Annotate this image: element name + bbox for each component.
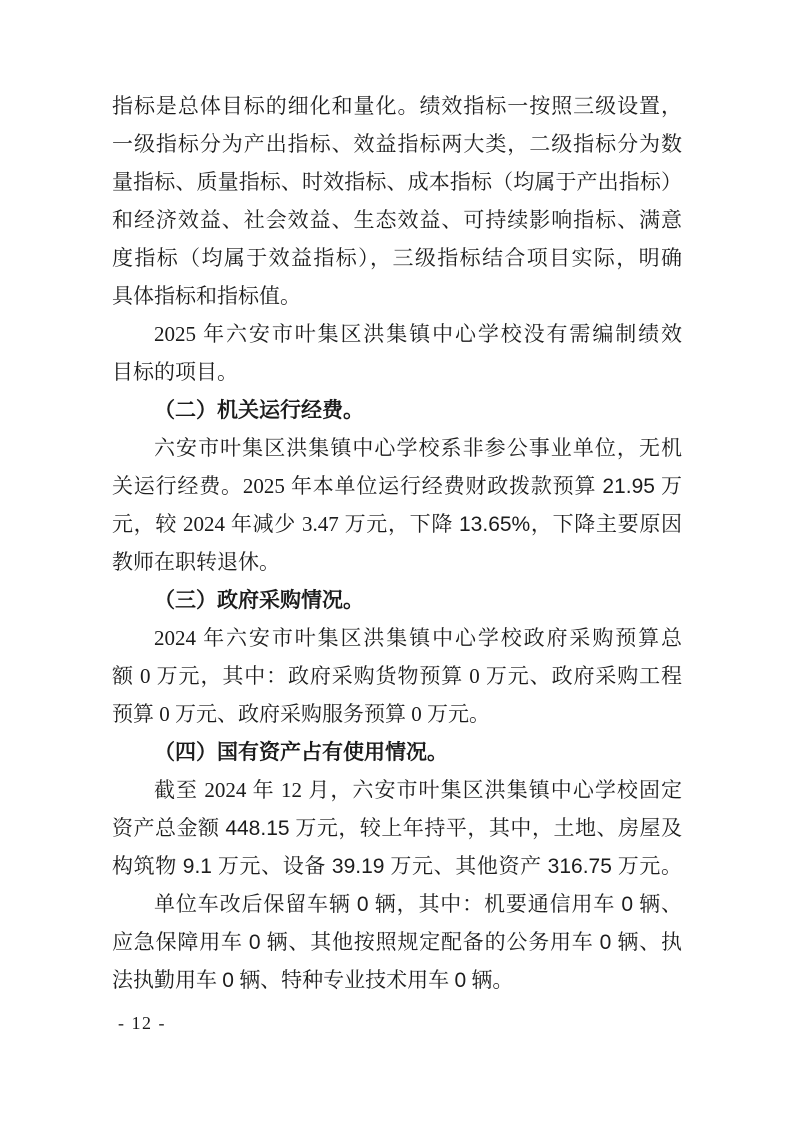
text-segment: 关运行经费。: [112, 474, 243, 498]
text-line: 构筑物 9.1 万元、设备 39.19 万元、其他资产 316.75 万元。: [112, 847, 682, 885]
text-line: 目标的项目。: [112, 353, 682, 391]
number-segment: 0: [140, 664, 151, 688]
text-line: 关运行经费。2025 年本单位运行经费财政拨款预算 21.95 万: [112, 467, 682, 505]
text-segment: 万元，较上年持平，其中，土地、房屋及: [290, 816, 682, 840]
text-segment: 度指标（均属于效益指标），三级指标结合项目实际，明确: [112, 246, 682, 270]
text-line: 额 0 万元，其中：政府采购货物预算 0 万元、政府采购工程: [112, 657, 682, 695]
text-segment: 额: [112, 664, 140, 688]
text-line: 2025 年六安市叶集区洪集镇中心学校没有需编制绩效: [112, 315, 682, 353]
number-segment: 0: [621, 893, 633, 916]
text-segment: 目标的项目。: [112, 360, 238, 384]
number-segment: 12: [281, 778, 302, 802]
text-segment: 万: [655, 474, 682, 498]
text-segment: 具体指标和指标值。: [112, 284, 301, 308]
text-segment: 应急保障用车: [112, 930, 249, 954]
number-segment: 0: [411, 702, 422, 726]
text-line: 一级指标分为产出指标、效益指标两大类，二级指标分为数: [112, 125, 682, 163]
text-segment: 万元。: [612, 854, 682, 878]
text-line: 度指标（均属于效益指标），三级指标结合项目实际，明确: [112, 239, 682, 277]
number-segment: 0: [222, 969, 234, 992]
number-segment: 39.19: [332, 855, 385, 878]
number-segment: 2024: [204, 778, 246, 802]
number-segment: 0: [454, 969, 466, 992]
text-segment: （二）机关运行经费。: [154, 398, 364, 422]
text-segment: 辆、执: [611, 930, 682, 954]
text-segment: 教师在职转退休。: [112, 550, 280, 574]
text-segment: 年减少: [225, 512, 302, 536]
text-line: 指标是总体目标的细化和量化。绩效指标一按照三级设置，: [112, 87, 682, 125]
text-segment: 万元、设备: [212, 854, 332, 878]
text-segment: 辆、: [633, 892, 682, 916]
number-segment: 2024: [183, 512, 225, 536]
text-segment: 辆。: [466, 968, 513, 992]
text-line: 预算 0 万元、政府采购服务预算 0 万元。: [112, 695, 682, 733]
text-segment: 元，较: [112, 512, 183, 536]
number-segment: 3.47: [302, 512, 339, 536]
text-segment: 月，六安市叶集区洪集镇中心学校固定: [302, 778, 682, 802]
text-line: 元，较 2024 年减少 3.47 万元，下降 13.65%，下降主要原因: [112, 505, 682, 543]
text-line: 资产总金额 448.15 万元，较上年持平，其中，土地、房屋及: [112, 809, 682, 847]
text-line: 截至 2024 年 12 月，六安市叶集区洪集镇中心学校固定: [112, 771, 682, 809]
number-segment: 448.15: [225, 817, 289, 840]
text-line: 法执勤用车 0 辆、特种专业技术用车 0 辆。: [112, 961, 682, 999]
text-line: 具体指标和指标值。: [112, 277, 682, 315]
text-segment: 万元，下降: [339, 512, 459, 536]
text-segment: 万元、其他资产: [384, 854, 547, 878]
document-body: 指标是总体目标的细化和量化。绩效指标一按照三级设置，一级指标分为产出指标、效益指…: [112, 87, 682, 999]
text-segment: 万元。: [422, 702, 490, 726]
text-segment: 截至: [154, 778, 204, 802]
text-line: 应急保障用车 0 辆、其他按照规定配备的公务用车 0 辆、执: [112, 923, 682, 961]
text-segment: （四）国有资产占有使用情况。: [154, 740, 448, 764]
text-segment: 年本单位运行经费财政拨款预算: [285, 474, 603, 498]
number-segment: 0: [469, 664, 480, 688]
text-line: 量指标、质量指标、时效指标、成本指标（均属于产出指标）: [112, 163, 682, 201]
number-segment: 0: [357, 893, 369, 916]
text-line: 六安市叶集区洪集镇中心学校系非参公事业单位，无机: [112, 429, 682, 467]
text-line: 2024 年六安市叶集区洪集镇中心学校政府采购预算总: [112, 619, 682, 657]
section-heading-line: （二）机关运行经费。: [112, 391, 682, 429]
document-page: 指标是总体目标的细化和量化。绩效指标一按照三级设置，一级指标分为产出指标、效益指…: [0, 0, 793, 1122]
number-segment: 13.65%: [459, 513, 530, 536]
text-line: 单位车改后保留车辆 0 辆，其中：机要通信用车 0 辆、: [112, 885, 682, 923]
text-segment: 辆，其中：机要通信用车: [369, 892, 622, 916]
text-segment: 万元，其中：政府采购货物预算: [151, 664, 470, 688]
text-segment: 年六安市叶集区洪集镇中心学校政府采购预算总: [196, 626, 682, 650]
text-segment: 和经济效益、社会效益、生态效益、可持续影响指标、满意: [112, 208, 682, 232]
page-number: - 12 -: [118, 1013, 166, 1034]
text-segment: 万元、政府采购工程: [480, 664, 682, 688]
text-segment: 量指标、质量指标、时效指标、成本指标（均属于产出指标）: [112, 170, 682, 194]
number-segment: 2025: [243, 474, 285, 498]
text-segment: 资产总金额: [112, 816, 225, 840]
number-segment: 2024: [154, 626, 196, 650]
text-segment: 万元、政府采购服务预算: [170, 702, 412, 726]
text-segment: 辆、其他按照规定配备的公务用车: [261, 930, 600, 954]
text-segment: 六安市叶集区洪集镇中心学校系非参公事业单位，无机: [154, 436, 682, 460]
number-segment: 2025: [154, 322, 196, 346]
text-segment: 一级指标分为产出指标、效益指标两大类，二级指标分为数: [112, 132, 682, 156]
section-heading-line: （四）国有资产占有使用情况。: [112, 733, 682, 771]
number-segment: 316.75: [548, 855, 612, 878]
number-segment: 0: [249, 931, 261, 954]
number-segment: 9.1: [183, 855, 212, 878]
text-segment: 年六安市叶集区洪集镇中心学校没有需编制绩效: [196, 322, 682, 346]
number-segment: 21.95: [602, 475, 655, 498]
text-segment: （三）政府采购情况。: [154, 588, 364, 612]
section-heading-line: （三）政府采购情况。: [112, 581, 682, 619]
number-segment: 0: [600, 931, 612, 954]
text-segment: 单位车改后保留车辆: [154, 892, 357, 916]
text-line: 和经济效益、社会效益、生态效益、可持续影响指标、满意: [112, 201, 682, 239]
text-segment: 法执勤用车: [112, 968, 222, 992]
text-segment: 预算: [112, 702, 159, 726]
text-segment: 年: [246, 778, 281, 802]
text-segment: ，下降主要原因: [530, 512, 682, 536]
text-line: 教师在职转退休。: [112, 543, 682, 581]
text-segment: 构筑物: [112, 854, 183, 878]
number-segment: 0: [159, 702, 170, 726]
text-segment: 指标是总体目标的细化和量化。绩效指标一按照三级设置，: [112, 94, 682, 118]
text-segment: 辆、特种专业技术用车: [234, 968, 455, 992]
